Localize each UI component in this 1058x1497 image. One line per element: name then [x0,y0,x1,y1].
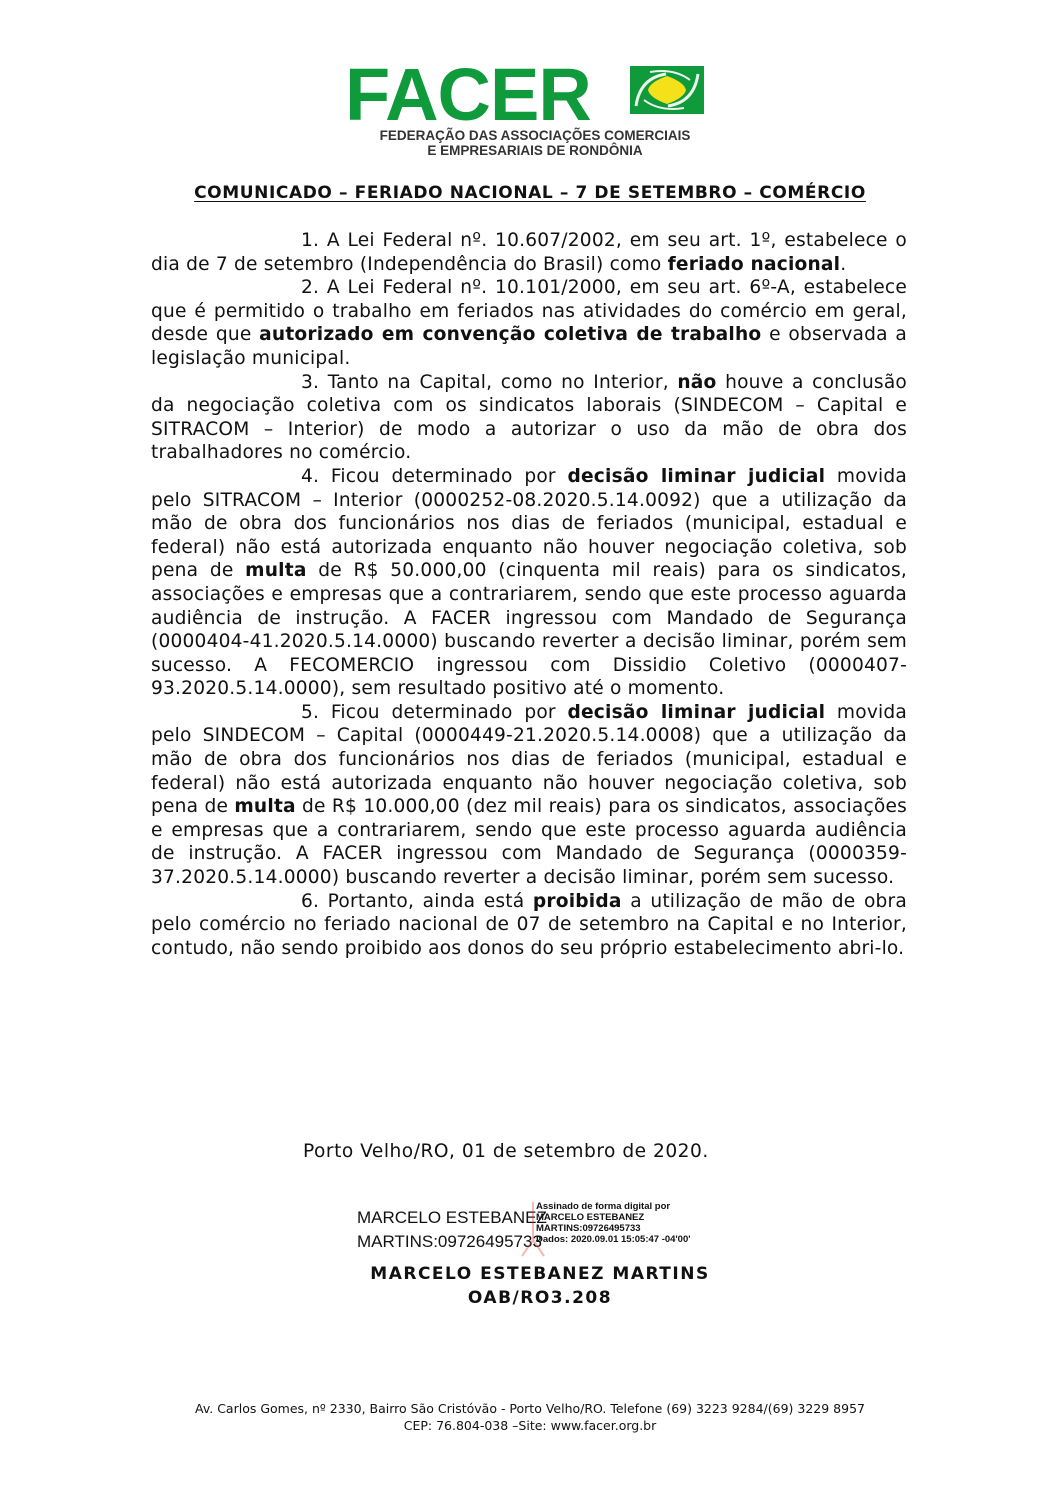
bold-text: não [677,372,716,393]
text: 5. Ficou determinado por [301,702,567,723]
text: 6. Portanto, ainda está [301,891,533,912]
footer-line1: Av. Carlos Gomes, nº 2330, Bairro São Cr… [150,1400,910,1417]
text: 4. Ficou determinado por [301,466,567,487]
bold-text: multa [245,560,306,581]
bold-text: autorizado em convenção coletiva de trab… [259,324,761,345]
bold-text: decisão liminar judicial [567,466,825,487]
text: . [840,254,846,275]
signature-meta-line: Assinado de forma digital por [536,1201,691,1212]
signer-name: MARCELO ESTEBANEZ MARTINS [350,1262,730,1286]
paragraph-6: 6. Portanto, ainda está proibida a utili… [151,890,907,961]
footer-line2: CEP: 76.804-038 –Site: www.facer.org.br [150,1417,910,1434]
logo-subtitle-line2: E EMPRESARIAIS DE RONDÔNIA [345,143,725,158]
logo-subtitle-line1: FEDERAÇÃO DAS ASSOCIAÇÕES COMERCIAIS [345,128,725,143]
paragraph-3: 3. Tanto na Capital, como no Interior, n… [151,371,907,465]
signature-meta-line: Dados: 2020.09.01 15:05:47 -04'00' [536,1234,691,1245]
digital-signature-details: Assinado de forma digital por MARCELO ES… [536,1201,691,1245]
paragraph-1: 1. A Lei Federal nº. 10.607/2002, em seu… [151,229,907,276]
sun-swirl-icon [630,66,704,114]
bold-text: proibida [533,891,622,912]
paragraph-4: 4. Ficou determinado por decisão liminar… [151,465,907,701]
signature-meta-line: MARTINS:09726495733 [536,1223,691,1234]
signer-registration: OAB/RO3.208 [350,1286,730,1310]
bold-text: feriado nacional [668,254,841,275]
signature-meta-line: MARCELO ESTEBANEZ [536,1212,691,1223]
logo-wordmark: FACER [345,62,591,128]
text: 3. Tanto na Capital, como no Interior, [301,372,677,393]
footer-address: Av. Carlos Gomes, nº 2330, Bairro São Cr… [150,1400,910,1434]
document-title: COMUNICADO – FERIADO NACIONAL – 7 DE SET… [150,182,910,204]
logo-subtitle: FEDERAÇÃO DAS ASSOCIAÇÕES COMERCIAIS E E… [345,128,725,158]
bold-text: decisão liminar judicial [567,702,825,723]
signer-block: MARCELO ESTEBANEZ MARTINS OAB/RO3.208 [350,1262,730,1310]
paragraph-2: 2. A Lei Federal nº. 10.101/2000, em seu… [151,276,907,370]
document-body: 1. A Lei Federal nº. 10.607/2002, em seu… [151,229,907,960]
bold-text: multa [234,796,295,817]
paragraph-5: 5. Ficou determinado por decisão liminar… [151,701,907,890]
date-line: Porto Velho/RO, 01 de setembro de 2020. [303,1140,709,1164]
facer-logo: FACER FEDERAÇÃO DAS ASSOCIAÇÕES COMERCIA… [345,62,725,162]
